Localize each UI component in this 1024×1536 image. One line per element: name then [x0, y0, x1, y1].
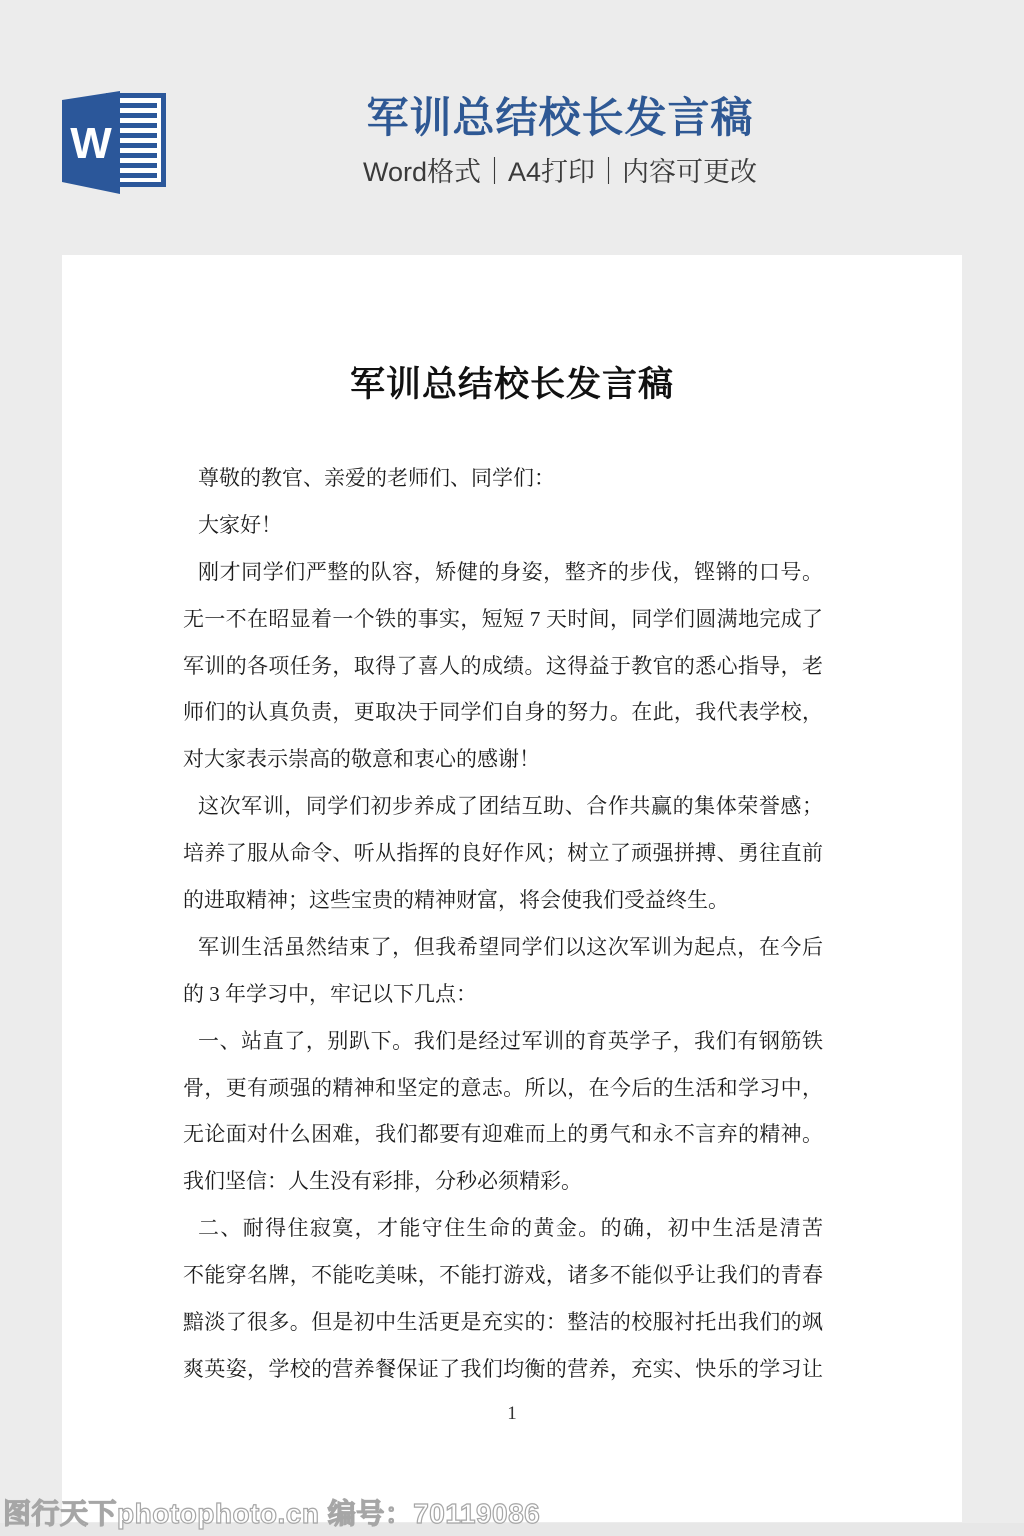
word-file-icon: W — [60, 88, 172, 198]
document-line: 军训生活虽然结束了，但我希望同学们以这次军训为起点，在今后 — [183, 924, 823, 971]
document-line: 一、站直了，别趴下。我们是经过军训的育英学子，我们有钢筋铁 — [183, 1018, 823, 1065]
document-line: 师们的认真负责，更取决于同学们自身的努力。在此，我代表学校， — [183, 689, 823, 736]
document-line: 对大家表示崇高的敬意和衷心的感谢！ — [183, 736, 823, 783]
document-line: 的进取精神；这些宝贵的精神财富，将会使我们受益终生。 — [183, 877, 823, 924]
page-number: 1 — [62, 1403, 962, 1425]
document-line: 黯淡了很多。但是初中生活更是充实的：整洁的校服衬托出我们的飒 — [183, 1299, 823, 1346]
template-format-info: Word格式｜A4打印｜内容可更改 — [320, 157, 800, 188]
document-line: 无一不在昭显着一个铁的事实，短短 7 天时间，同学们圆满地完成了 — [183, 596, 823, 643]
header: W 军训总结校长发言稿 Word格式｜A4打印｜内容可更改 — [0, 0, 1024, 255]
document-body: 尊敬的教官、亲爱的老师们、同学们：大家好！刚才同学们严整的队容，矫健的身姿，整齐… — [183, 455, 823, 1393]
document-title: 军训总结校长发言稿 — [62, 363, 962, 407]
document-line: 刚才同学们严整的队容，矫健的身姿，整齐的步伐，铿锵的口号。 — [183, 549, 823, 596]
header-text-block: 军训总结校长发言稿 Word格式｜A4打印｜内容可更改 — [320, 94, 800, 188]
document-line: 的 3 年学习中，牢记以下几点： — [183, 971, 823, 1018]
document-line: 二、耐得住寂寞，才能守住生命的黄金。的确，初中生活是清苦的： — [183, 1205, 823, 1252]
document-line: 军训的各项任务，取得了喜人的成绩。这得益于教官的悉心指导，老 — [183, 643, 823, 690]
document-line: 爽英姿，学校的营养餐保证了我们均衡的营养，充实、快乐的学习让 — [183, 1346, 823, 1393]
template-title: 军训总结校长发言稿 — [320, 94, 800, 142]
document-page: 军训总结校长发言稿 尊敬的教官、亲爱的老师们、同学们：大家好！刚才同学们严整的队… — [62, 255, 962, 1522]
document-line: 我们坚信：人生没有彩排，分秒必须精彩。 — [183, 1158, 823, 1205]
svg-text:W: W — [70, 119, 112, 168]
document-line: 尊敬的教官、亲爱的老师们、同学们： — [183, 455, 823, 502]
document-line: 不能穿名牌，不能吃美味，不能打游戏，诸多不能似乎让我们的青春 — [183, 1252, 823, 1299]
document-line: 这次军训，同学们初步养成了团结互助、合作共赢的集体荣誉感； — [183, 783, 823, 830]
document-line: 无论面对什么困难，我们都要有迎难而上的勇气和永不言弃的精神。 — [183, 1111, 823, 1158]
document-line: 骨，更有顽强的精神和坚定的意志。所以，在今后的生活和学习中， — [183, 1065, 823, 1112]
document-line: 大家好！ — [183, 502, 823, 549]
document-line: 培养了服从命令、听从指挥的良好作风；树立了顽强拼搏、勇往直前 — [183, 830, 823, 877]
site-watermark: 图行天下photophoto.cn 编号：70119086 — [3, 1492, 540, 1532]
